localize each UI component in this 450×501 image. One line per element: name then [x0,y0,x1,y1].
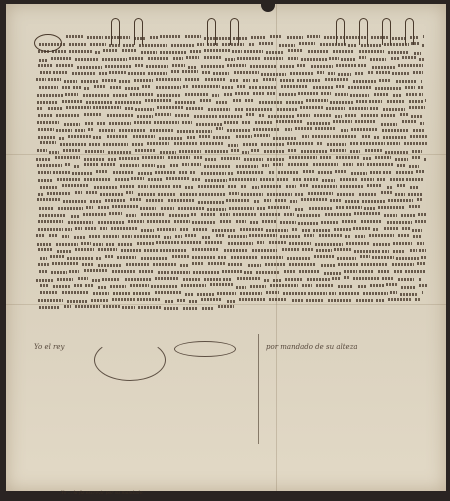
top-notch [261,4,275,12]
script-line [36,197,426,204]
script-line [36,148,426,155]
verso-note: Yo ... la fiz escrevir por su mandado [61,491,142,496]
script-line [36,240,426,247]
script-line [36,62,426,69]
script-line [36,34,426,41]
script-line [36,247,426,254]
script-line [36,112,426,119]
script-line [36,233,426,240]
opening-words: Don Fernando ... por la gracia de Dios r… [6,4,7,5]
script-line [36,98,426,105]
script-line [36,77,426,84]
script-line [36,304,426,311]
script-line [36,183,426,190]
signature-block: Yo el rey por mandado de su alteza [34,339,444,389]
signature-center [174,341,236,357]
script-line [36,119,426,126]
charter-body-text [36,34,426,311]
script-line [36,296,426,303]
rubric-flourish [94,339,166,381]
script-line [36,218,426,225]
script-line [36,282,426,289]
manuscript-sheet: Don Fernando ... por la gracia de Dios r… [6,4,446,491]
script-line [36,275,426,282]
script-line [36,41,426,48]
script-line [36,204,426,211]
script-line [36,261,426,268]
script-line [36,48,426,55]
script-line [36,169,426,176]
script-line [36,176,426,183]
script-line [36,190,426,197]
script-line [36,91,426,98]
signature-left: Yo el rey [34,343,65,351]
script-line [36,162,426,169]
script-line [36,69,426,76]
script-line [36,84,426,91]
script-line [36,140,426,147]
signature-right: por mandado de su alteza [266,343,358,351]
script-line [36,105,426,112]
script-line [36,268,426,275]
script-line [36,289,426,296]
script-line [36,211,426,218]
script-line [36,226,426,233]
script-line [36,133,426,140]
script-line [36,254,426,261]
script-line [36,55,426,62]
script-line [36,126,426,133]
script-line [36,155,426,162]
